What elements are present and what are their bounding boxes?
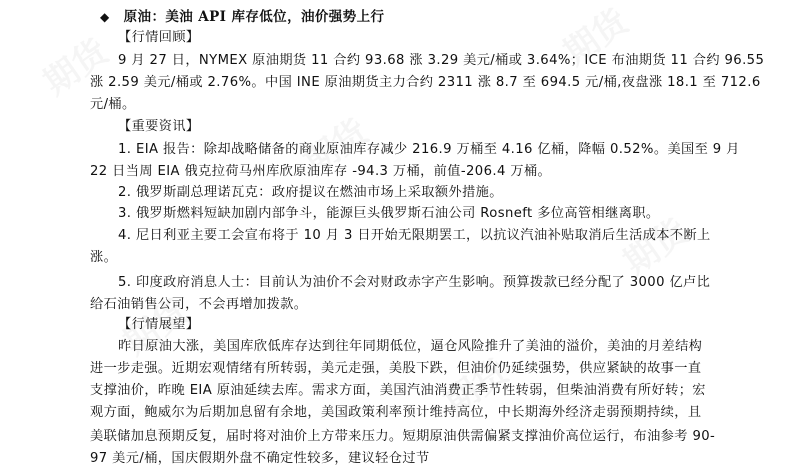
watermark: 期货 [32, 25, 116, 104]
outlook-heading: 【行情展望】 [118, 316, 758, 334]
news-item-5: 5. 印度政府消息人士：目前认为油价不会对财政赤字产生影响。预算拨款已经分配了 … [118, 274, 758, 292]
news-item-4-cont: 涨。 [90, 249, 730, 267]
review-heading: 【行情回顾】 [118, 29, 758, 47]
diamond-bullet-icon: ◆ [100, 8, 110, 26]
section-title: ◆原油：美油 API 库存低位，油价强势上行 [100, 8, 740, 26]
news-item-1-cont: 22 日当周 EIA 俄克拉荷马州库欣原油库存 -94.3 万桶，前值-206.… [90, 163, 730, 181]
news-item-3: 3. 俄罗斯燃料短缺加剧内部争斗，能源巨头俄罗斯石油公司 Rosneft 多位高… [118, 205, 758, 223]
news-item-5-cont: 给石油销售公司，不会再增加拨款。 [90, 296, 730, 314]
review-line: 元/桶。 [90, 96, 730, 114]
outlook-line: 观方面，鲍威尔为后期加息留有余地，美国政策利率预计维持高位，中长期海外经济走弱预… [90, 404, 730, 422]
outlook-line: 昨日原油大涨，美国库欣低库存达到往年同期低位，逼仓风险推升了美油的溢价，美油的月… [118, 338, 758, 356]
news-item-4: 4. 尼日利亚主要工会宣布将于 10 月 3 日开始无限期罢工，以抗议汽油补贴取… [118, 227, 758, 245]
news-heading: 【重要资讯】 [118, 118, 758, 136]
outlook-line: 支撑油价，昨晚 EIA 原油延续去库。需求方面，美国汽油消费正季节性转弱，但柴油… [90, 382, 730, 400]
outlook-line: 美联储加息预期反复，届时将对油价上方带来压力。短期原油供需偏紧支撑油价高位运行，… [90, 428, 730, 446]
review-line: 9 月 27 日，NYMEX 原油期货 11 合约 93.68 涨 3.29 美… [118, 52, 758, 70]
outlook-line: 97 美元/桶，国庆假期外盘不确定性较多，建议轻仓过节 [90, 450, 730, 468]
news-item-2: 2. 俄罗斯副总理诺瓦克：政府提议在燃油市场上采取额外措施。 [118, 184, 758, 202]
document-page: 期货 期货 期货 期货 期货 期货 ◆原油：美油 API 库存低位，油价强势上行… [0, 0, 787, 476]
review-line: 涨 2.59 美元/桶或 2.76%。中国 INE 原油期货主力合约 2311 … [90, 74, 730, 92]
outlook-line: 进一步走强。近期宏观情绪有所转弱，美元走强，美股下跌，但油价仍延续强势，供应紧缺… [90, 360, 730, 378]
title-text: 原油：美油 API 库存低位，油价强势上行 [124, 9, 385, 25]
news-item-1: 1. EIA 报告：除却战略储备的商业原油库存减少 216.9 万桶至 4.16… [118, 141, 758, 159]
